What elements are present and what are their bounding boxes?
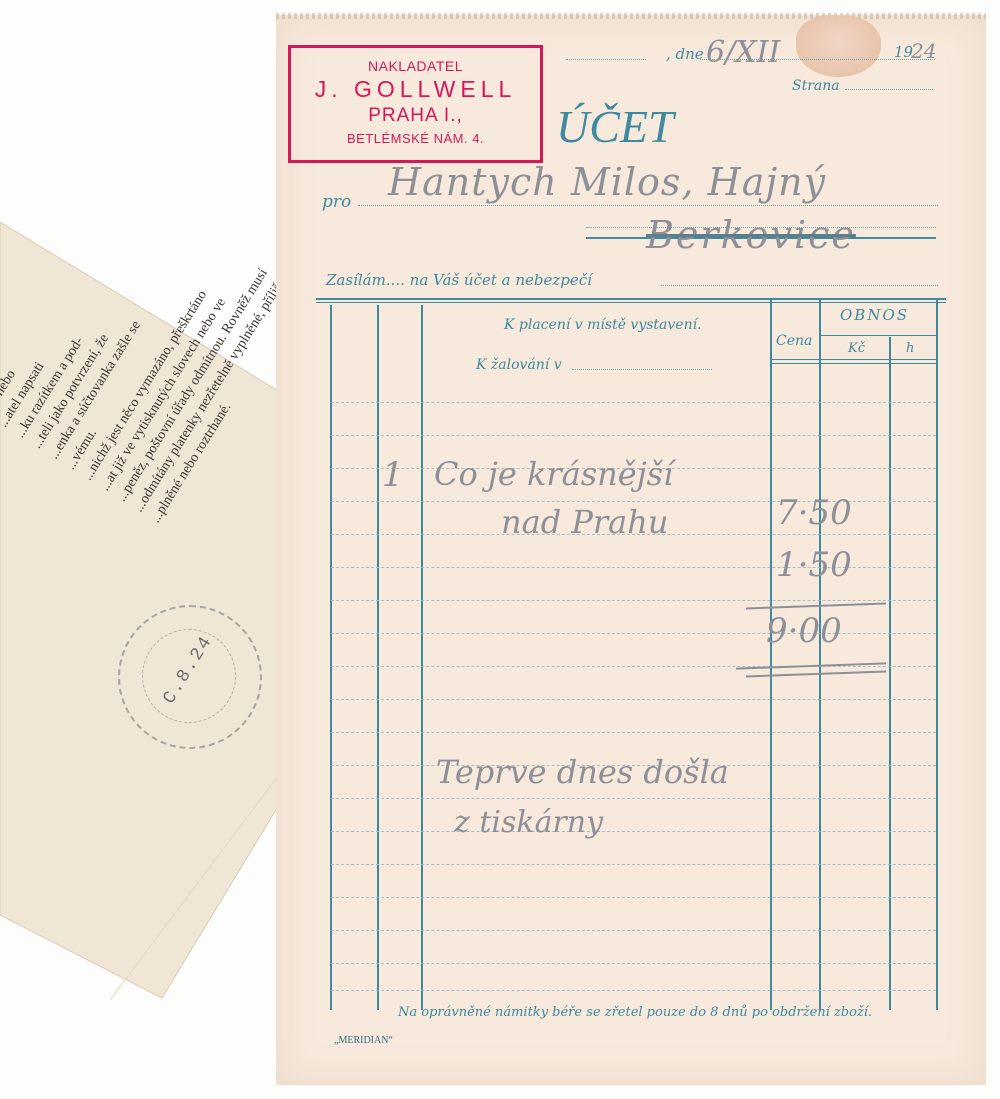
shipping-dots — [661, 285, 938, 286]
item-description-line-2: nad Prahu — [501, 503, 668, 541]
row-line — [331, 930, 936, 931]
printer-mark: „MERIDIAN“ — [334, 1035, 393, 1046]
column-rule — [770, 299, 772, 1010]
recipient-name: Hantych Milos, Hajný — [388, 160, 826, 204]
item-amount: 7·50 — [776, 493, 852, 533]
payment-place-note: K placení v místě vystavení. — [504, 317, 702, 333]
page-dots — [845, 89, 933, 90]
row-line — [331, 864, 936, 865]
row-line — [331, 600, 936, 601]
row-line — [331, 633, 936, 634]
header-bottom-rule — [770, 359, 936, 364]
recipient-label: pro — [322, 192, 351, 212]
column-rule — [377, 305, 379, 1010]
stamp-line-4: BETLÉMSKÉ NÁM. 4. — [291, 131, 540, 146]
total-amount: 9·00 — [766, 611, 842, 651]
paper-stain — [796, 15, 881, 77]
row-line — [331, 831, 936, 832]
page-label: Strana — [792, 78, 840, 94]
complaint-note: Na oprávněné námitky béře se zřetel pouz… — [398, 1005, 872, 1020]
shipping-label: Zasílám.... na Váš účet a nebezpečí — [326, 271, 592, 289]
row-line — [331, 699, 936, 700]
item-quantity: 1 — [382, 455, 404, 495]
sum-rule — [746, 603, 886, 610]
stamp-line-3: PRAHA I., — [291, 105, 540, 127]
column-rule — [421, 305, 423, 1010]
invoice-title: ÚČET — [556, 100, 674, 153]
date-label: , dne — [666, 45, 704, 63]
h-column-header: h — [906, 341, 914, 356]
row-line — [331, 732, 936, 733]
amount-column-header: OBNOS — [840, 306, 909, 324]
price-column-header: Cena — [776, 333, 812, 349]
kc-column-header: Kč — [848, 341, 865, 356]
recipient-town: Berkovice — [646, 213, 856, 257]
place-dots — [566, 59, 646, 60]
column-rule — [889, 337, 891, 1010]
column-rule — [330, 305, 332, 1010]
column-rule — [819, 299, 821, 1010]
publisher-stamp: NAKLADATEL J. GOLLWELL PRAHA I., BETLÉMS… — [288, 45, 543, 163]
handwritten-note-line-1: Teprve dnes došla — [436, 753, 729, 791]
jurisdiction-label: K žalování v — [476, 357, 562, 373]
row-line — [331, 963, 936, 964]
row-line — [331, 402, 936, 403]
row-line — [331, 798, 936, 799]
extra-amount: 1·50 — [776, 545, 852, 585]
column-rule — [936, 299, 938, 1010]
row-line — [331, 897, 936, 898]
row-line — [331, 990, 936, 991]
jurisdiction-dots — [572, 369, 712, 370]
row-line — [331, 666, 936, 667]
stamp-line-1: NAKLADATEL — [291, 58, 540, 74]
year-handwritten: 24 — [911, 39, 936, 63]
stamp-line-2: J. GOLLWELL — [291, 76, 540, 103]
invoice-sheet: NAKLADATEL J. GOLLWELL PRAHA I., BETLÉMS… — [276, 15, 986, 1085]
handwritten-note-line-2: z tiskárny — [454, 805, 603, 840]
recipient-dots — [358, 205, 938, 206]
item-description-line-1: Co je krásnější — [434, 455, 673, 493]
obnos-divider — [819, 335, 936, 336]
date-handwritten: 6/XII — [706, 35, 780, 70]
table-top-rule — [316, 298, 946, 303]
perforated-edge — [276, 13, 986, 19]
total-rule — [746, 671, 886, 678]
row-line — [331, 435, 936, 436]
